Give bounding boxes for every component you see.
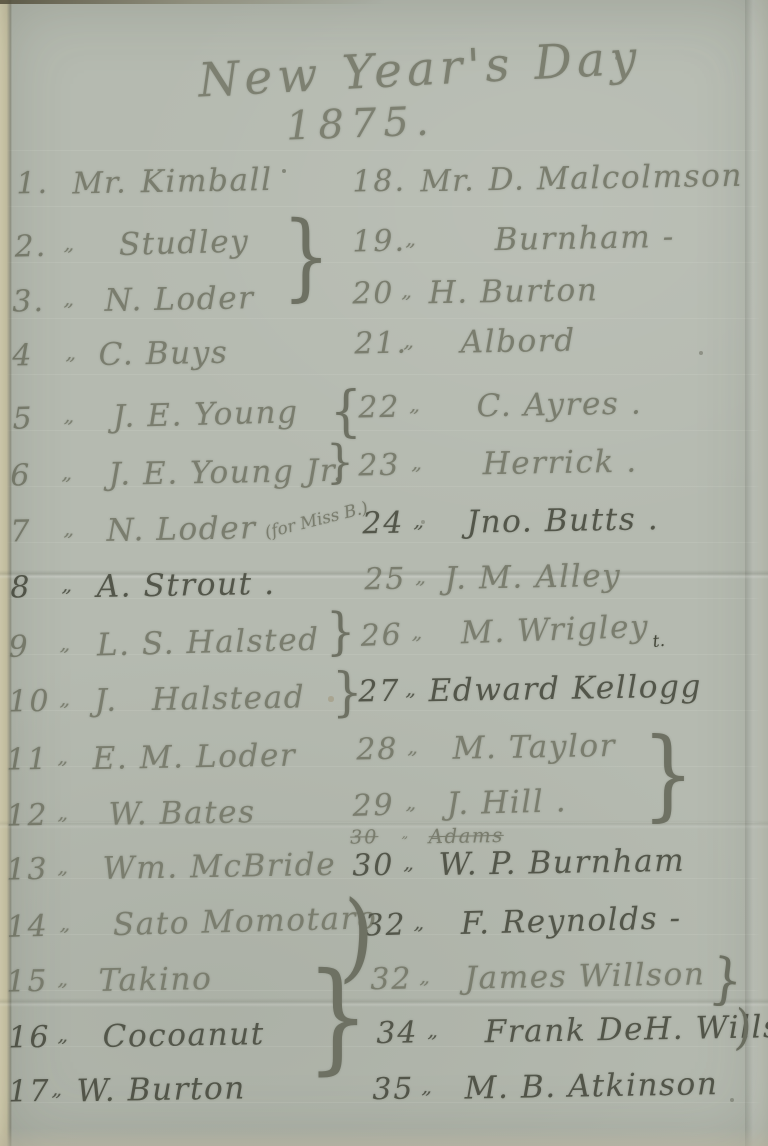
ditto-mark: „ xyxy=(415,565,428,589)
list-entry: 20„H. Burton xyxy=(0,269,768,282)
entry-number: 4 xyxy=(12,338,34,373)
ditto-mark: „ xyxy=(409,393,422,417)
entry-number: 16 xyxy=(8,1020,51,1056)
ditto-mark: „ xyxy=(405,227,418,251)
entry-name: J. M. Alley xyxy=(444,558,621,597)
ditto-mark: „ xyxy=(401,279,414,303)
ditto-mark: „ xyxy=(57,855,70,879)
ditto-mark: „ xyxy=(61,461,74,485)
entry-name: Herrick . xyxy=(482,444,638,483)
entry-name: W. Bates xyxy=(108,794,256,833)
entry-name: H. Burton xyxy=(428,272,598,311)
entry-number: 25 xyxy=(364,562,407,598)
honorific: Mr. xyxy=(72,165,127,201)
entry-name: Studley xyxy=(118,224,249,263)
ditto-mark: „ xyxy=(405,791,418,815)
manuscript-page: New Year's Day 1875. 1.Mr.Kimball2.„Stud… xyxy=(0,0,768,1146)
entry-name: J. E. Young xyxy=(112,394,299,435)
grouping-brace: } xyxy=(306,962,370,1072)
list-entry: 27„Edward Kellogg xyxy=(0,667,768,680)
entry-name: L. S. Halsted xyxy=(96,622,320,664)
ditto-mark: „ xyxy=(59,912,72,936)
entry-number: 26 xyxy=(360,617,403,653)
entry-name: Burnham - xyxy=(494,219,675,258)
entry-number: 21. xyxy=(354,326,408,362)
ditto-mark: „ xyxy=(61,573,74,597)
paper-edge-bottom xyxy=(0,1128,768,1146)
entry-name: Edward Kellogg xyxy=(428,668,702,709)
entry-name: Kimball xyxy=(140,162,272,200)
ditto-mark: „ xyxy=(63,232,76,256)
entry-name: Albord xyxy=(460,323,576,361)
ditto-mark: „ xyxy=(401,825,409,841)
ditto-mark: „ xyxy=(65,341,78,365)
grouping-brace: } xyxy=(642,730,694,821)
ditto-mark: „ xyxy=(427,1019,440,1043)
entry-number: 3. xyxy=(12,284,45,320)
entry-name: C. Ayres . xyxy=(476,385,642,424)
paper-edge-right xyxy=(745,0,768,1146)
entry-number: 20 xyxy=(352,276,395,312)
ditto-mark: „ xyxy=(403,329,416,353)
entry-name: F. Reynolds - xyxy=(460,900,682,942)
entry-number: 6 xyxy=(10,458,32,493)
entry-annotation: (for Miss B.) xyxy=(263,497,370,542)
paper-specks xyxy=(0,0,2,2)
entry-name: M. Wrigley xyxy=(460,609,649,652)
ditto-mark: „ xyxy=(51,1077,64,1101)
ditto-mark: „ xyxy=(57,967,70,991)
list-entry: 23„Herrick . xyxy=(0,441,768,454)
list-entry: 24„Jno. Butts . xyxy=(0,499,768,512)
entry-number: 29 xyxy=(352,788,395,824)
ditto-mark: „ xyxy=(421,1075,434,1099)
ditto-mark: „ xyxy=(413,911,426,935)
list-entry: 25„J. M. Alley xyxy=(0,555,768,568)
entry-name: M. B. Atkinson xyxy=(464,1066,718,1106)
entry-name: C. Buys xyxy=(98,335,228,373)
ditto-mark: „ xyxy=(419,965,432,989)
entry-name: Frank DeH. Willson xyxy=(484,1008,768,1050)
ditto-mark: „ xyxy=(63,404,76,428)
grouping-brace: { xyxy=(330,386,362,437)
ditto-mark: „ xyxy=(405,677,418,701)
ditto-mark: „ xyxy=(57,1023,70,1047)
honorific: Mr. xyxy=(420,163,475,199)
entry-annotation: t. xyxy=(651,630,665,651)
grouping-brace: } xyxy=(332,668,363,717)
entry-number: 9 xyxy=(8,629,30,665)
entry-name: N. Loder xyxy=(106,510,257,549)
grouping-brace: } xyxy=(282,212,330,299)
entry-number: 5 xyxy=(12,401,34,437)
ditto-mark: „ xyxy=(63,517,76,541)
entry-number: 30 xyxy=(350,826,379,848)
entry-number: 14 xyxy=(6,909,49,945)
entry-number: 13 xyxy=(6,852,49,888)
entry-name: N. Loder xyxy=(104,280,255,319)
entry-number: 15 xyxy=(6,964,49,1000)
entry-number: 10 xyxy=(8,684,51,720)
ditto-mark: „ xyxy=(411,451,424,475)
ditto-mark: „ xyxy=(59,632,72,656)
entry-name: J. E. Young Jr. xyxy=(108,453,344,493)
grouping-brace: } xyxy=(326,442,354,484)
entry-name: Takino xyxy=(98,961,212,999)
entry-name: Cocoanut xyxy=(102,1016,265,1055)
ditto-mark: „ xyxy=(63,287,76,311)
ditto-mark: „ xyxy=(59,687,72,711)
document-date: 1875. xyxy=(285,98,436,149)
entry-name: J. Hill . xyxy=(446,783,567,822)
entry-name: Wm. McBride xyxy=(102,847,336,887)
entry-number: 2. xyxy=(14,229,48,265)
fold-crease xyxy=(0,998,768,1007)
entry-name: Jno. Butts . xyxy=(466,501,659,540)
ditto-mark: „ xyxy=(403,851,416,875)
entry-name: D. Malcolmson xyxy=(488,158,743,198)
entry-number: 8 xyxy=(10,570,32,605)
ditto-mark: „ xyxy=(407,735,420,759)
ditto-mark: „ xyxy=(57,801,70,825)
grouping-brace: ) xyxy=(733,1006,753,1052)
entry-name: W. Burton xyxy=(76,1070,246,1109)
entry-number: 24 xyxy=(362,506,405,542)
list-entry: 21.„Albord xyxy=(0,319,768,332)
entry-number: 23 xyxy=(358,448,401,484)
entry-name: Adams xyxy=(428,824,503,848)
entry-number: 17 xyxy=(8,1074,51,1110)
entry-name: J. Halstead xyxy=(94,679,305,719)
entry-number: 35 xyxy=(372,1071,415,1107)
paper-edge-top xyxy=(0,0,430,4)
entry-number: 1. xyxy=(16,166,49,202)
entry-name: Sato Momotaro xyxy=(112,900,377,943)
document-title: New Year's Day xyxy=(197,30,643,108)
entry-number: 34 xyxy=(376,1015,419,1051)
entry-name: A. Strout . xyxy=(96,566,275,605)
entry-name: E. M. Loder xyxy=(92,738,296,778)
entry-name: James Willson xyxy=(464,956,705,996)
entry-number: 19. xyxy=(352,224,406,260)
ditto-mark: „ xyxy=(411,620,424,644)
ditto-mark: „ xyxy=(57,745,70,769)
entry-number: 32 xyxy=(370,962,413,998)
ditto-mark: „ xyxy=(413,509,426,533)
grouping-brace: } xyxy=(326,608,355,655)
list-entry: 22„C. Ayres . xyxy=(0,383,768,396)
entry-number: 12 xyxy=(6,798,49,834)
entry-name: W. P. Burnham xyxy=(438,843,685,883)
entry-number: 18. xyxy=(352,164,406,200)
entry-number: 7 xyxy=(10,514,32,549)
entry-number: 27 xyxy=(358,674,401,710)
entry-number: 22 xyxy=(358,390,401,426)
entry-number: 30 xyxy=(352,848,395,884)
entry-number: 28 xyxy=(356,732,399,768)
entry-name: M. Taylor xyxy=(452,728,616,767)
entry-number: 11 xyxy=(6,742,49,778)
